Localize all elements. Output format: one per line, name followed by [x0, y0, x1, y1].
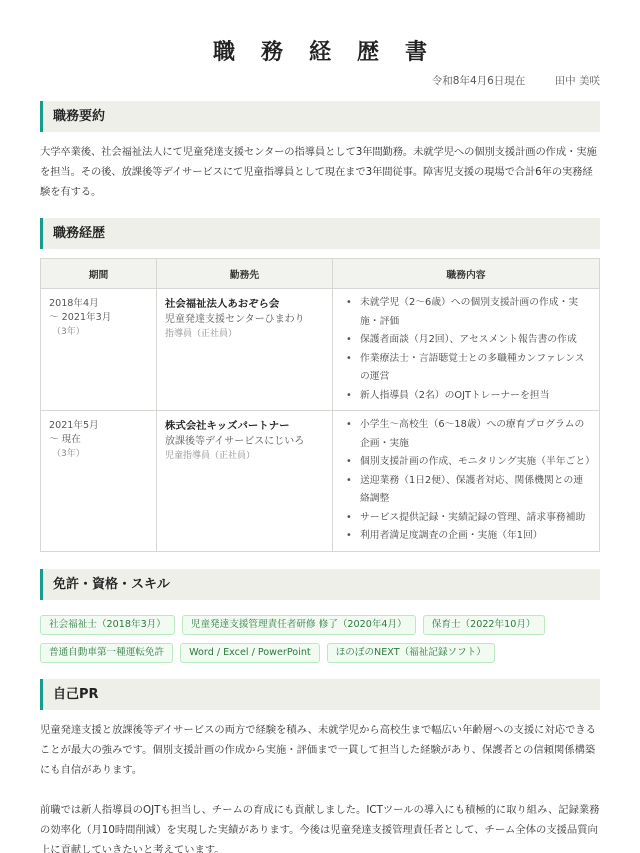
- company-role: 児童指導員（正社員）: [165, 449, 324, 464]
- document-title: 職務経歴書: [66, 0, 600, 68]
- pr-paragraph: 児童発達支援と放課後等デイサービスの両方で経験を積み、未就学児から高校生まで幅広…: [40, 720, 600, 780]
- duty-item: 作業療法士・言語聴覚士との多職種カンファレンスの運営: [343, 350, 591, 387]
- company-role: 指導員（正社員）: [165, 327, 324, 342]
- company-department: 放課後等デイサービスにじいろ: [165, 434, 324, 449]
- applicant-name: 田中 美咲: [555, 75, 600, 87]
- company-cell: 社会福祉法人あおぞら会 児童発達支援センターひまわり 指導員（正社員）: [157, 289, 333, 411]
- company-department: 児童発達支援センターひまわり: [165, 312, 324, 327]
- duty-item: サービス提供記録・実績記録の管理、請求事務補助: [343, 509, 591, 528]
- section-heading-summary: 職務要約: [40, 101, 600, 132]
- duties-cell: 未就学児（2～6歳）への個別支援計画の作成・実施・評価 保護者面談（月2回）、ア…: [333, 289, 600, 411]
- duties-cell: 小学生～高校生（6～18歳）への療育プログラムの企画・実施 個別支援計画の作成、…: [333, 411, 600, 552]
- resume-page: 職務経歴書 令和8年4月6日現在 田中 美咲 職務要約 大学卒業後、社会福祉法人…: [0, 0, 640, 853]
- summary-text: 大学卒業後、社会福祉法人にて児童発達支援センターの指導員として3年間勤務。未就学…: [40, 142, 600, 202]
- section-heading-history: 職務経歴: [40, 218, 600, 249]
- skill-tag: Word / Excel / PowerPoint: [180, 643, 320, 663]
- period-duration: （3年）: [52, 325, 148, 339]
- column-header-company: 勤務先: [157, 259, 333, 289]
- section-heading-pr: 自己PR: [40, 679, 600, 710]
- section-heading-skills: 免許・資格・スキル: [40, 569, 600, 600]
- skill-tag: 普通自動車第一種運転免許: [40, 643, 173, 663]
- skill-tag: 保育士（2022年10月）: [423, 615, 545, 635]
- company-cell: 株式会社キッズパートナー 放課後等デイサービスにじいろ 児童指導員（正社員）: [157, 411, 333, 552]
- skill-tags: 社会福祉士（2018年3月） 児童発達支援管理責任者研修 修了（2020年4月）…: [40, 615, 600, 663]
- duties-list: 小学生～高校生（6～18歳）への療育プログラムの企画・実施 個別支援計画の作成、…: [343, 416, 591, 546]
- period-cell: 2018年4月 ～ 2021年3月 （3年）: [41, 289, 157, 411]
- period-cell: 2021年5月 ～ 現在 （3年）: [41, 411, 157, 552]
- work-history-table: 期間 勤務先 職務内容 2018年4月 ～ 2021年3月 （3年） 社会福祉法…: [40, 258, 600, 552]
- duty-item: 新人指導員（2名）のOJTトレーナーを担当: [343, 387, 591, 406]
- company-name: 社会福祉法人あおぞら会: [165, 297, 324, 312]
- document-date: 令和8年4月6日現在: [432, 75, 526, 87]
- duty-item: 個別支援計画の作成、モニタリング実施（半年ごと）: [343, 453, 591, 472]
- pr-paragraph: 前職では新人指導員のOJTも担当し、チームの育成にも貢献しました。ICTツールの…: [40, 800, 600, 853]
- duty-item: 保護者面談（月2回）、アセスメント報告書の作成: [343, 331, 591, 350]
- skill-tag: 社会福祉士（2018年3月）: [40, 615, 175, 635]
- column-header-duties: 職務内容: [333, 259, 600, 289]
- period-start: 2018年4月: [49, 297, 148, 311]
- period-end: ～ 2021年3月: [49, 311, 148, 325]
- self-pr: 児童発達支援と放課後等デイサービスの両方で経験を積み、未就学児から高校生まで幅広…: [40, 720, 600, 853]
- table-row: 2018年4月 ～ 2021年3月 （3年） 社会福祉法人あおぞら会 児童発達支…: [41, 289, 600, 411]
- company-name: 株式会社キッズパートナー: [165, 419, 324, 434]
- document-meta: 令和8年4月6日現在 田中 美咲: [40, 74, 600, 88]
- duties-list: 未就学児（2～6歳）への個別支援計画の作成・実施・評価 保護者面談（月2回）、ア…: [343, 294, 591, 405]
- period-duration: （3年）: [52, 447, 148, 461]
- duty-item: 小学生～高校生（6～18歳）への療育プログラムの企画・実施: [343, 416, 591, 453]
- column-header-period: 期間: [41, 259, 157, 289]
- table-row: 2021年5月 ～ 現在 （3年） 株式会社キッズパートナー 放課後等デイサービ…: [41, 411, 600, 552]
- period-start: 2021年5月: [49, 419, 148, 433]
- skill-tag: ほのぼのNEXT（福祉記録ソフト）: [327, 643, 495, 663]
- skill-tag: 児童発達支援管理責任者研修 修了（2020年4月）: [182, 615, 416, 635]
- duty-item: 利用者満足度調査の企画・実施（年1回）: [343, 527, 591, 546]
- table-header-row: 期間 勤務先 職務内容: [41, 259, 600, 289]
- duty-item: 送迎業務（1日2便）、保護者対応、関係機関との連絡調整: [343, 472, 591, 509]
- duty-item: 未就学児（2～6歳）への個別支援計画の作成・実施・評価: [343, 294, 591, 331]
- period-end: ～ 現在: [49, 433, 148, 447]
